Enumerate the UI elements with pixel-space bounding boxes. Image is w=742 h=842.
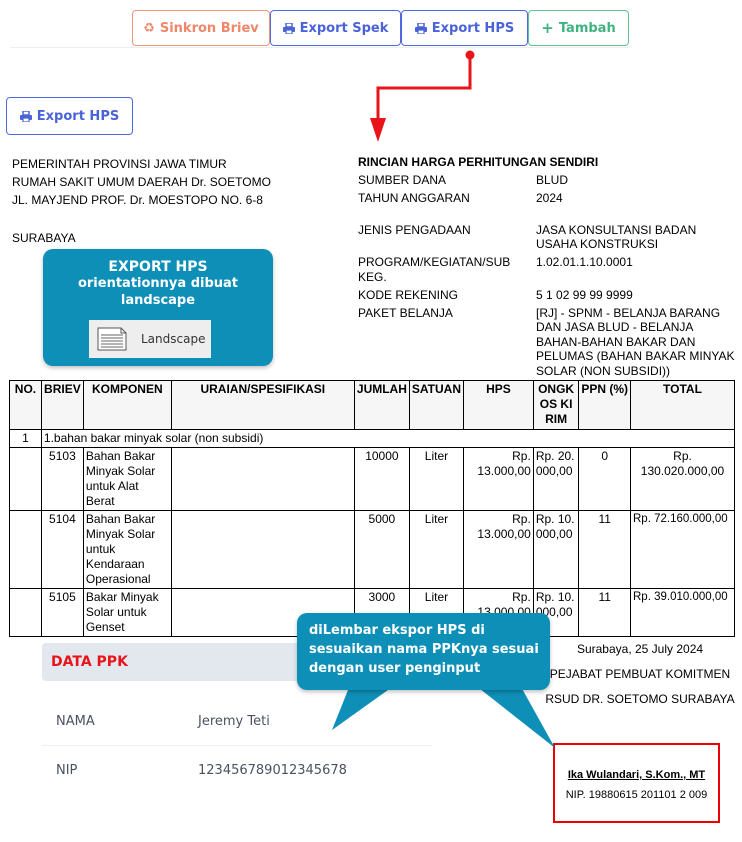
print-icon: [283, 23, 295, 34]
orientation-callout: EXPORT HPS orientationnya dibuat landsca…: [43, 249, 273, 366]
field-row: JENIS PENGADAANJASA KONSULTANSI BADAN US…: [358, 223, 738, 252]
export-hps-button-zoomed[interactable]: Export HPS: [6, 97, 133, 135]
field-row: PAKET BELANJA[RJ] - SPNM - BELANJA BARAN…: [358, 306, 738, 379]
sync-briev-button[interactable]: ♻ Sinkron Briev: [132, 10, 270, 46]
plus-icon: +: [541, 19, 554, 37]
table-group-row: 1 1.bahan bakar minyak solar (non subsid…: [10, 430, 735, 448]
field-row: KODE REKENING5 1 02 99 99 9999: [358, 288, 738, 303]
table-row: 5103 Bahan Bakar Minyak Solar untuk Alat…: [10, 448, 735, 511]
landscape-option: Landscape: [89, 320, 211, 358]
institution-header: PEMERINTAH PROVINSI JAWA TIMUR RUMAH SAK…: [12, 155, 271, 247]
page-icon: [97, 327, 127, 351]
document-title: RINCIAN HARGA PERHITUNGAN SENDIRI: [358, 155, 738, 170]
print-icon: [415, 23, 427, 34]
print-icon: [20, 111, 32, 122]
table-header: NO. BRIEV KOMPONEN URAIAN/SPESIFIKASI JU…: [10, 381, 735, 430]
divider: [10, 47, 630, 48]
annotation-arrow: [360, 40, 490, 150]
signature-highlight: Ika Wulandari, S.Kom., MT NIP. 19880615 …: [553, 743, 720, 823]
add-button[interactable]: + Tambah: [528, 10, 629, 46]
field-row: PROGRAM/KEGIATAN/SUB KEG.1.02.01.1.10.00…: [358, 255, 738, 284]
hps-table: NO. BRIEV KOMPONEN URAIAN/SPESIFIKASI JU…: [9, 380, 735, 637]
field-row: TAHUN ANGGARAN2024: [358, 191, 738, 206]
callout-tails: [320, 680, 560, 760]
document-info: RINCIAN HARGA PERHITUNGAN SENDIRI SUMBER…: [358, 155, 738, 382]
recycle-icon: ♻: [143, 21, 155, 36]
ppk-callout: diLembar ekspor HPS di sesuaikan nama PP…: [297, 613, 550, 690]
signature-block: Surabaya, 25 July 2024 PEJABAT PEMBUAT K…: [540, 637, 740, 712]
field-row: SUMBER DANABLUD: [358, 173, 738, 188]
table-row: 5104 Bahan Bakar Minyak Solar untuk Kend…: [10, 511, 735, 589]
